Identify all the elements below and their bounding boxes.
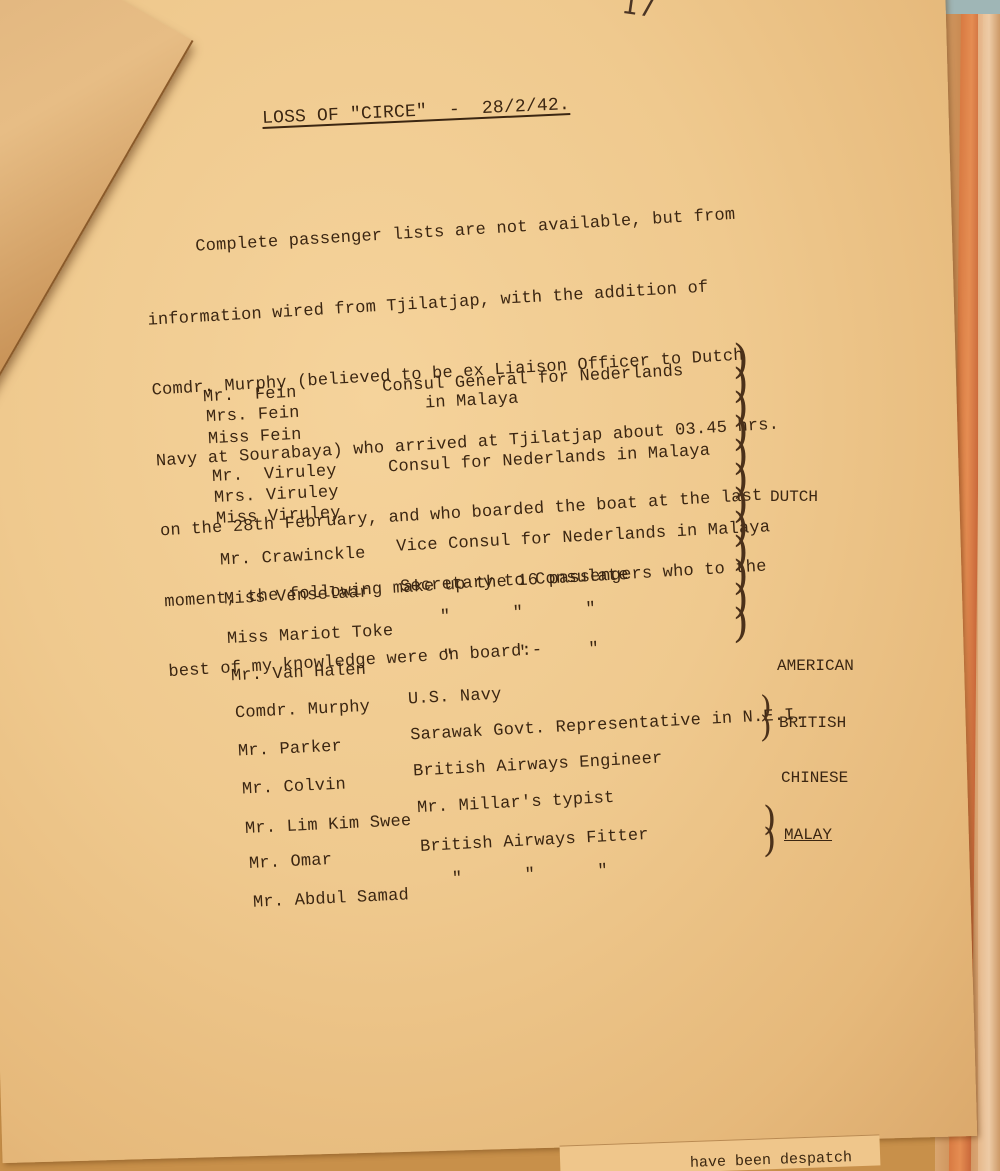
- paragraph-line: information wired from Tjilatjap, with t…: [147, 272, 771, 332]
- group-label-chinese: CHINESE: [781, 769, 848, 787]
- british-brace: ) ): [760, 698, 772, 738]
- passenger-name: Mr. Omar: [249, 851, 333, 874]
- background-corner: [938, 0, 1000, 14]
- paragraph-line: Complete passenger lists are not availab…: [143, 202, 767, 262]
- group-label-american: AMERICAN: [777, 657, 854, 675]
- dutch-brace: ) ) ) ) ) ) ) ) ) ) ) ): [733, 348, 749, 636]
- group-label-dutch: DUTCH: [770, 488, 818, 506]
- plastic-sleeve-edge: [978, 0, 1000, 1171]
- malay-brace: ) ): [763, 808, 776, 852]
- document-photo: have been despatch . . . . . . . . . . .…: [0, 0, 1000, 1171]
- group-label-british: BRITISH: [779, 714, 846, 732]
- group-label-malay: MALAY: [784, 826, 832, 844]
